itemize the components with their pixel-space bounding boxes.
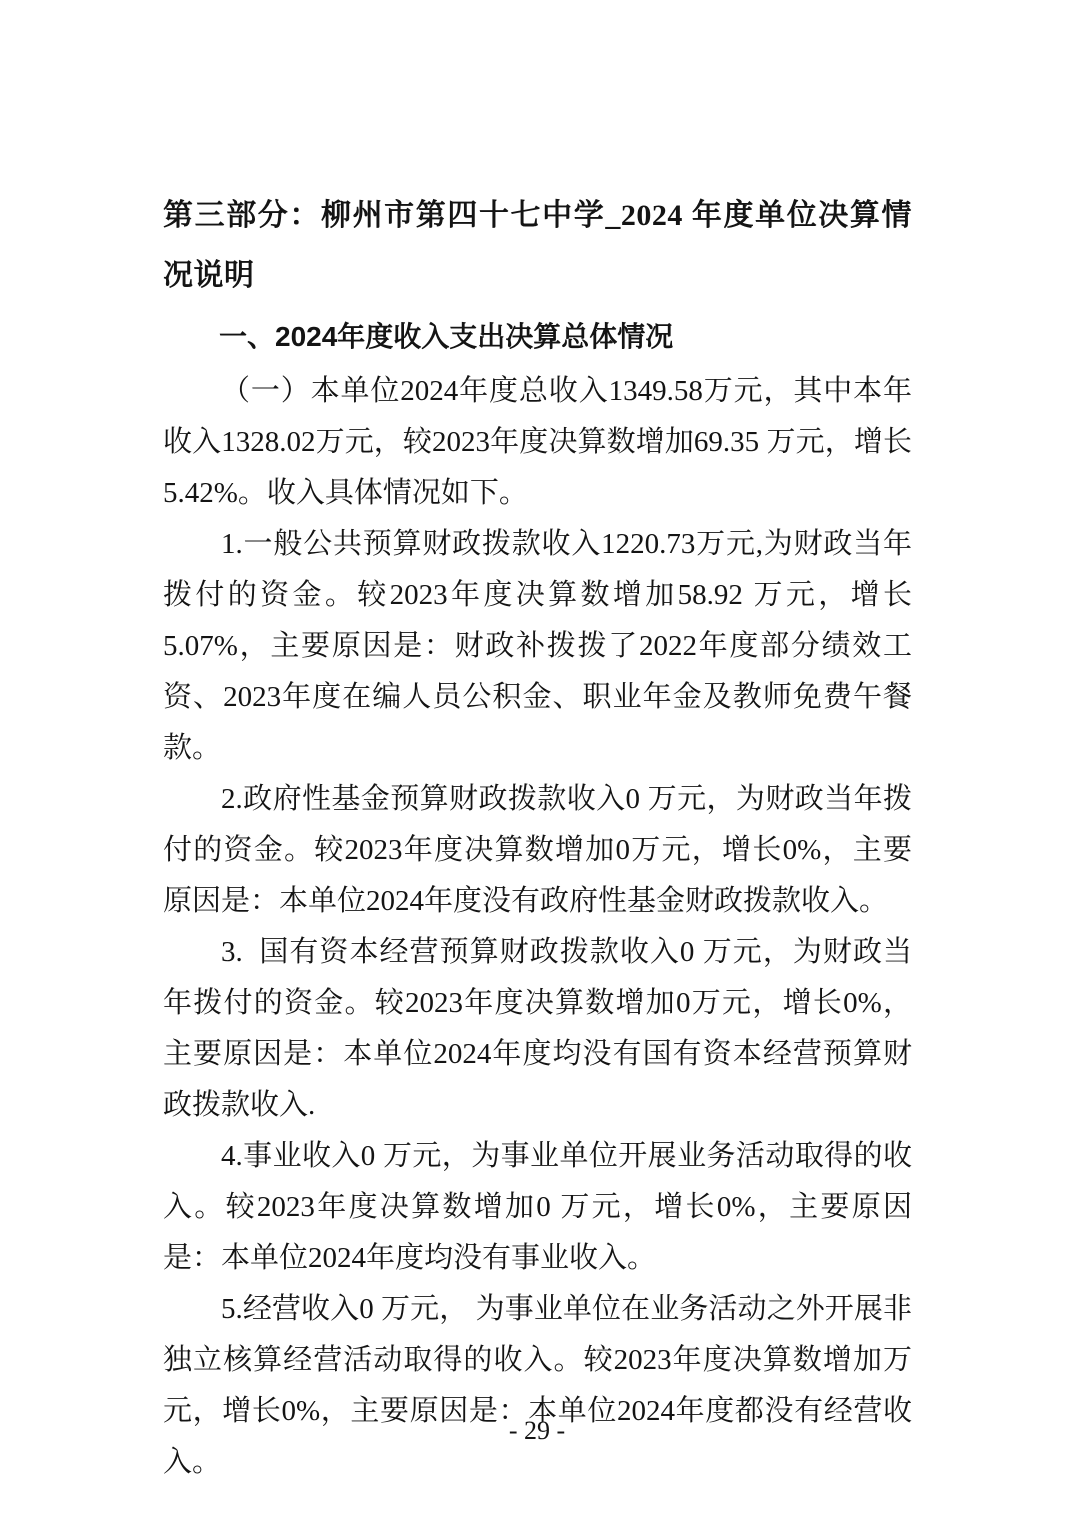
- paragraph-general-public-budget-income: 1.一般公共预算财政拨款收入1220.73万元,为财政当年拨付的资金。较2023…: [163, 519, 912, 774]
- page-number: - 29 -: [0, 1416, 1074, 1446]
- paragraph-total-income-overview: （一）本单位2024年度总收入1349.58万元，其中本年收入1328.02万元…: [163, 366, 912, 519]
- document-content: 第三部分：柳州市第四十七中学_2024 年度单位决算情况说明 一、2024年度收…: [163, 186, 912, 1488]
- document-page: 第三部分：柳州市第四十七中学_2024 年度单位决算情况说明 一、2024年度收…: [0, 0, 1074, 1520]
- section-heading: 一、2024年度收入支出决算总体情况: [163, 312, 912, 362]
- paragraph-operating-income: 5.经营收入0 万元， 为事业单位在业务活动之外开展非独立核算经营活动取得的收入…: [163, 1284, 912, 1488]
- document-title: 第三部分：柳州市第四十七中学_2024 年度单位决算情况说明: [163, 186, 912, 306]
- paragraph-state-capital-budget-income: 3. 国有资本经营预算财政拨款收入0 万元，为财政当年拨付的资金。较2023年度…: [163, 927, 912, 1131]
- paragraph-government-fund-budget-income: 2.政府性基金预算财政拨款收入0 万元，为财政当年拨付的资金。较2023年度决算…: [163, 774, 912, 927]
- paragraph-institutional-income: 4.事业收入0 万元，为事业单位开展业务活动取得的收入。较2023年度决算数增加…: [163, 1131, 912, 1284]
